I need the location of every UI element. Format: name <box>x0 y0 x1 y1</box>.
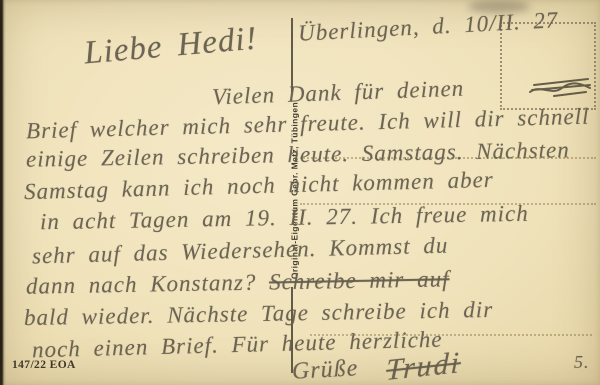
postcard-back: Original-Eigentum Gebr. Metz, Tübingen 1… <box>0 0 600 385</box>
scan-edge-shadow <box>0 0 6 385</box>
message-text: dann nach Konstanz? <box>26 270 257 299</box>
greeting: Liebe Hedi! <box>83 21 259 73</box>
message-line: Samstag kann ich noch nicht kommen aber <box>24 167 494 205</box>
struck-text: Schreibe mir auf <box>269 266 450 294</box>
corner-number: 5. <box>574 352 590 373</box>
message-line: in acht Tagen am 19. II. 27. Ich freue m… <box>40 201 529 236</box>
message-line: noch einen Brief. Für heute herzliche <box>32 327 443 364</box>
closing: Grüße <box>291 355 359 385</box>
message-line: sehr auf das Wiedersehen. Kommst du <box>32 233 449 270</box>
message-line: dann nach Konstanz? Schreibe mir auf <box>26 266 450 299</box>
message-line: bald wieder. Nächste Tage schreibe ich d… <box>24 297 494 331</box>
message-line: Vielen Dank für deinen <box>212 76 465 111</box>
scan-smudge <box>468 0 530 13</box>
signature: Trudi <box>386 346 462 385</box>
crossed-out-scribble <box>528 70 592 100</box>
